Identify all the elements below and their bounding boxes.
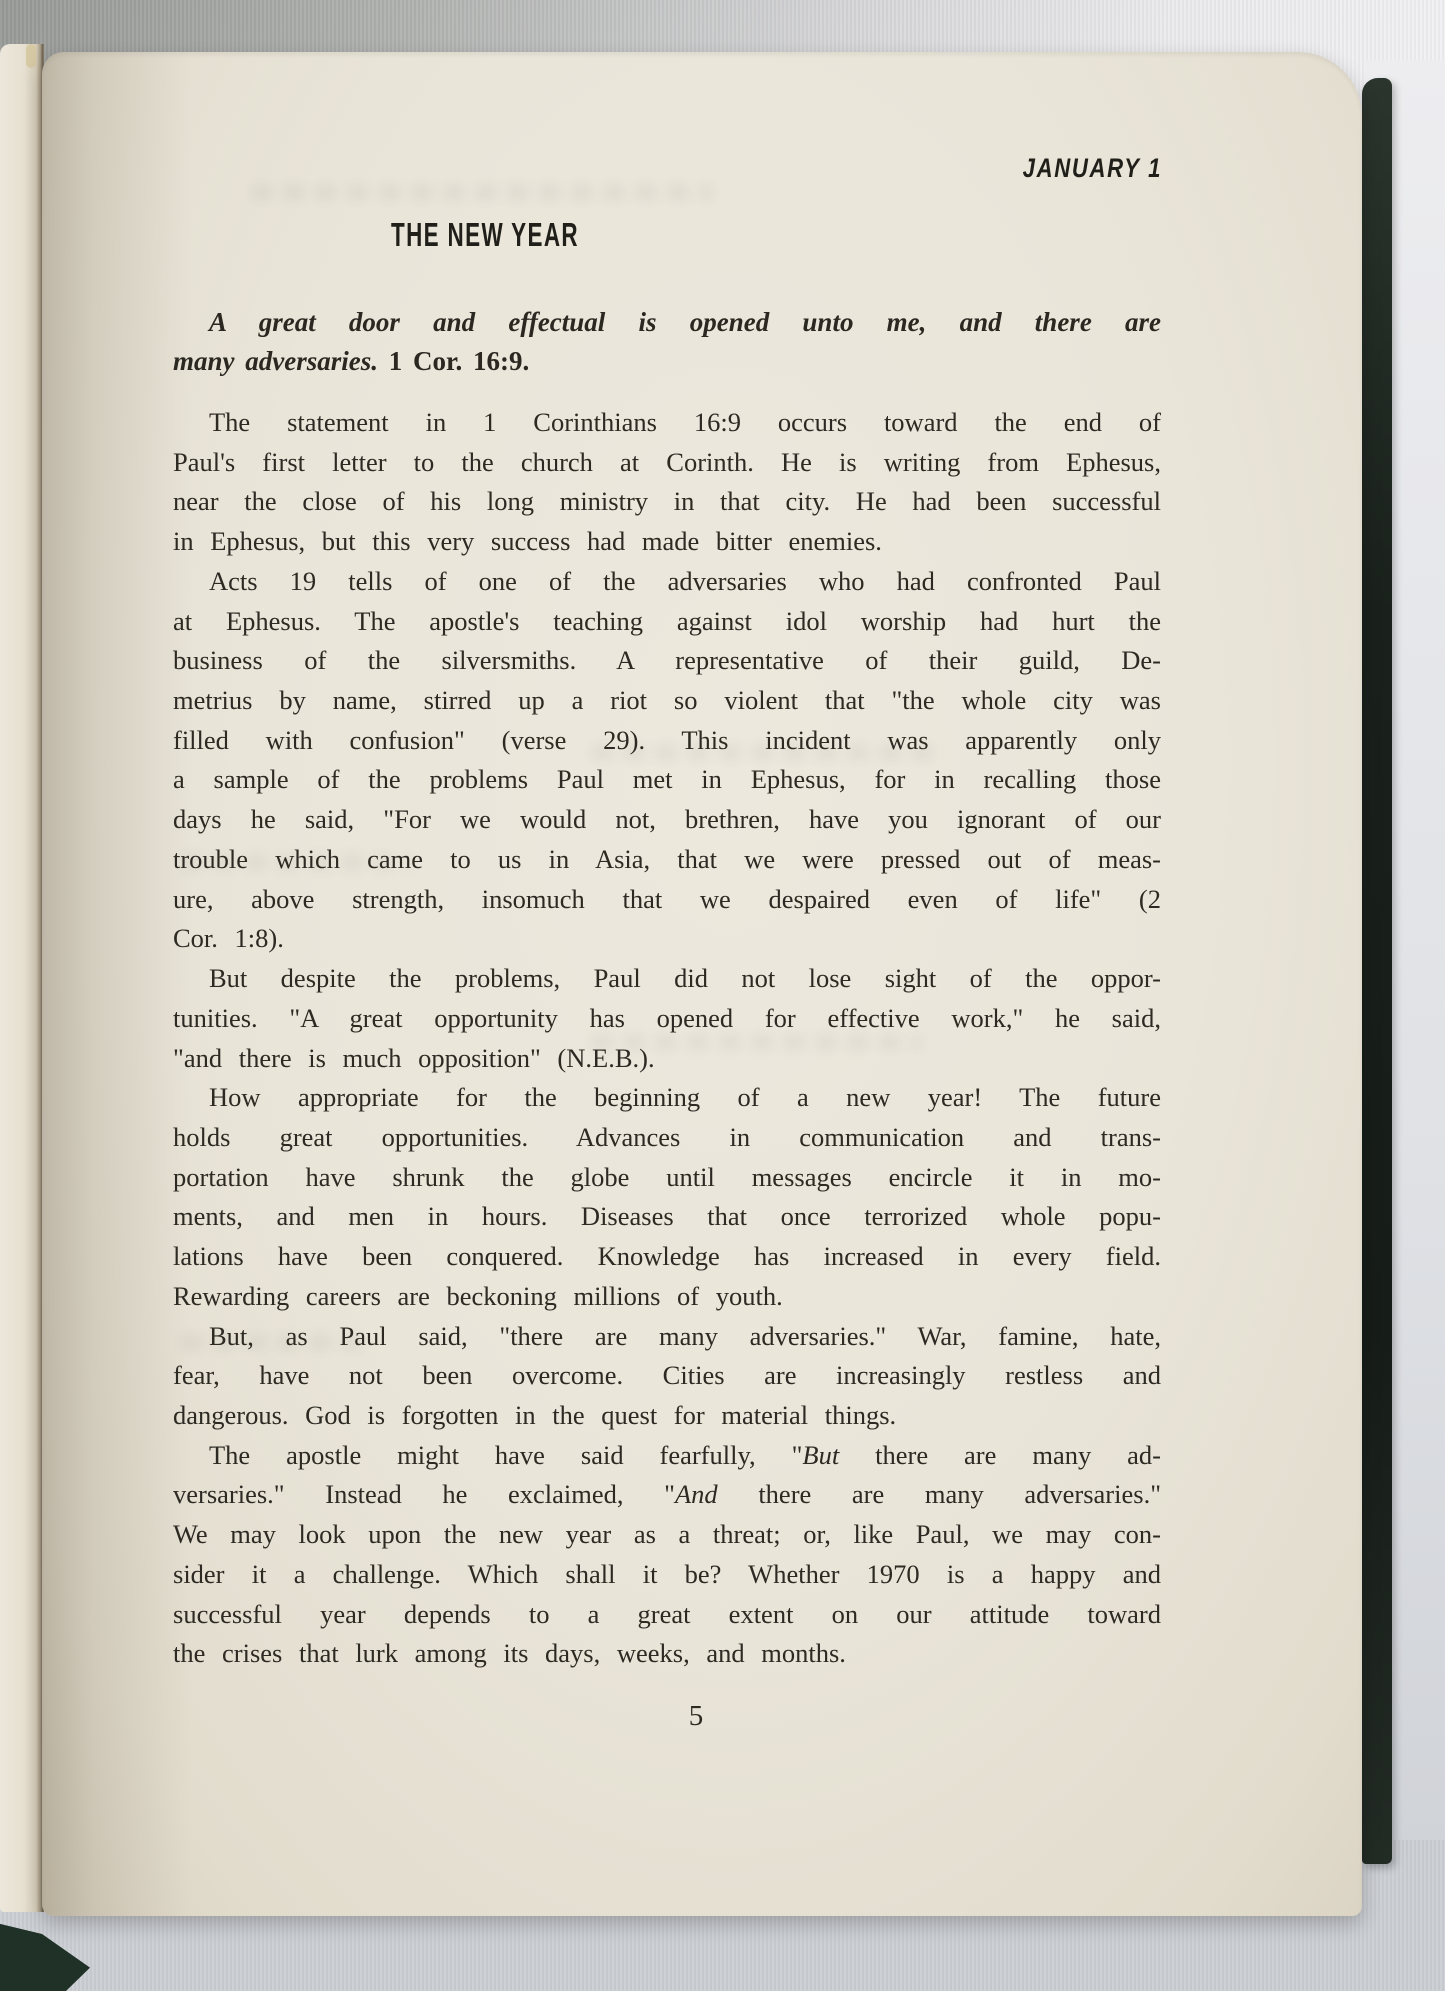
body-line: ure, above strength, insomuch that we de… [173, 880, 1161, 920]
body-line: The statement in 1 Corinthians 16:9 occu… [173, 403, 1161, 443]
body-line: fear, have not been overcome. Cities are… [173, 1356, 1161, 1396]
body-line: ments, and men in hours. Diseases that o… [173, 1197, 1161, 1237]
body-line: a sample of the problems Paul met in Eph… [173, 760, 1161, 800]
page-number: 5 [666, 1700, 726, 1733]
body-line: How appropriate for the beginning of a n… [173, 1078, 1161, 1118]
body-paragraph: But despite the problems, Paul did not l… [173, 959, 1161, 1078]
book-photo: JANUARY 1 THE NEW YEAR A great door and … [0, 0, 1445, 1991]
body-paragraph: Acts 19 tells of one of the adversaries … [173, 562, 1161, 959]
body-line: days he said, "For we would not, brethre… [173, 800, 1161, 840]
body-line: The apostle might have said fearfully, "… [173, 1436, 1161, 1476]
body-line: Paul's first letter to the church at Cor… [173, 443, 1161, 483]
body-line: Rewarding careers are beckoning millions… [173, 1277, 1161, 1317]
body-line: trouble which came to us in Asia, that w… [173, 840, 1161, 880]
body-line: in Ephesus, but this very success had ma… [173, 522, 1161, 562]
header-date: JANUARY 1 [1023, 153, 1162, 184]
body-line: near the close of his long ministry in t… [173, 482, 1161, 522]
body-line: portation have shrunk the globe until me… [173, 1158, 1161, 1198]
body-paragraph: The statement in 1 Corinthians 16:9 occu… [173, 403, 1161, 562]
page-title: THE NEW YEAR [391, 216, 579, 254]
body-line: Cor. 1:8). [173, 919, 1161, 959]
body-line: metrius by name, stirred up a riot so vi… [173, 681, 1161, 721]
body-line: tunities. "A great opportunity has opene… [173, 999, 1161, 1039]
epigraph-line: A great door and effectual is opened unt… [173, 303, 1161, 342]
body-line: But despite the problems, Paul did not l… [173, 959, 1161, 999]
book-cover-edge [1362, 78, 1392, 1864]
gutter-shadow [42, 52, 192, 1916]
body-text: The statement in 1 Corinthians 16:9 occu… [173, 403, 1161, 1674]
body-line: "and there is much opposition" (N.E.B.). [173, 1039, 1161, 1079]
body-line: filled with confusion" (verse 29). This … [173, 721, 1161, 761]
body-line: We may look upon the new year as a threa… [173, 1515, 1161, 1555]
body-line: at Ephesus. The apostle's teaching again… [173, 602, 1161, 642]
body-line: versaries." Instead he exclaimed, "And t… [173, 1475, 1161, 1515]
body-line: holds great opportunities. Advances in c… [173, 1118, 1161, 1158]
epigraph-line: many adversaries. 1 Cor. 16:9. [173, 342, 1161, 381]
body-line: But, as Paul said, "there are many adver… [173, 1317, 1161, 1357]
body-line: dangerous. God is forgotten in the quest… [173, 1396, 1161, 1436]
book-spine-pages [0, 44, 44, 1912]
body-line: sider it a challenge. Which shall it be?… [173, 1555, 1161, 1595]
body-line: business of the silversmiths. A represen… [173, 641, 1161, 681]
body-line: lations have been conquered. Knowledge h… [173, 1237, 1161, 1277]
body-line: the crises that lurk among its days, wee… [173, 1634, 1161, 1674]
showthrough-smudge [252, 185, 712, 200]
body-paragraph: How appropriate for the beginning of a n… [173, 1078, 1161, 1316]
body-paragraph: But, as Paul said, "there are many adver… [173, 1317, 1161, 1436]
body-paragraph: The apostle might have said fearfully, "… [173, 1436, 1161, 1674]
epigraph: A great door and effectual is opened unt… [173, 303, 1161, 381]
body-line: Acts 19 tells of one of the adversaries … [173, 562, 1161, 602]
body-line: successful year depends to a great exten… [173, 1595, 1161, 1635]
